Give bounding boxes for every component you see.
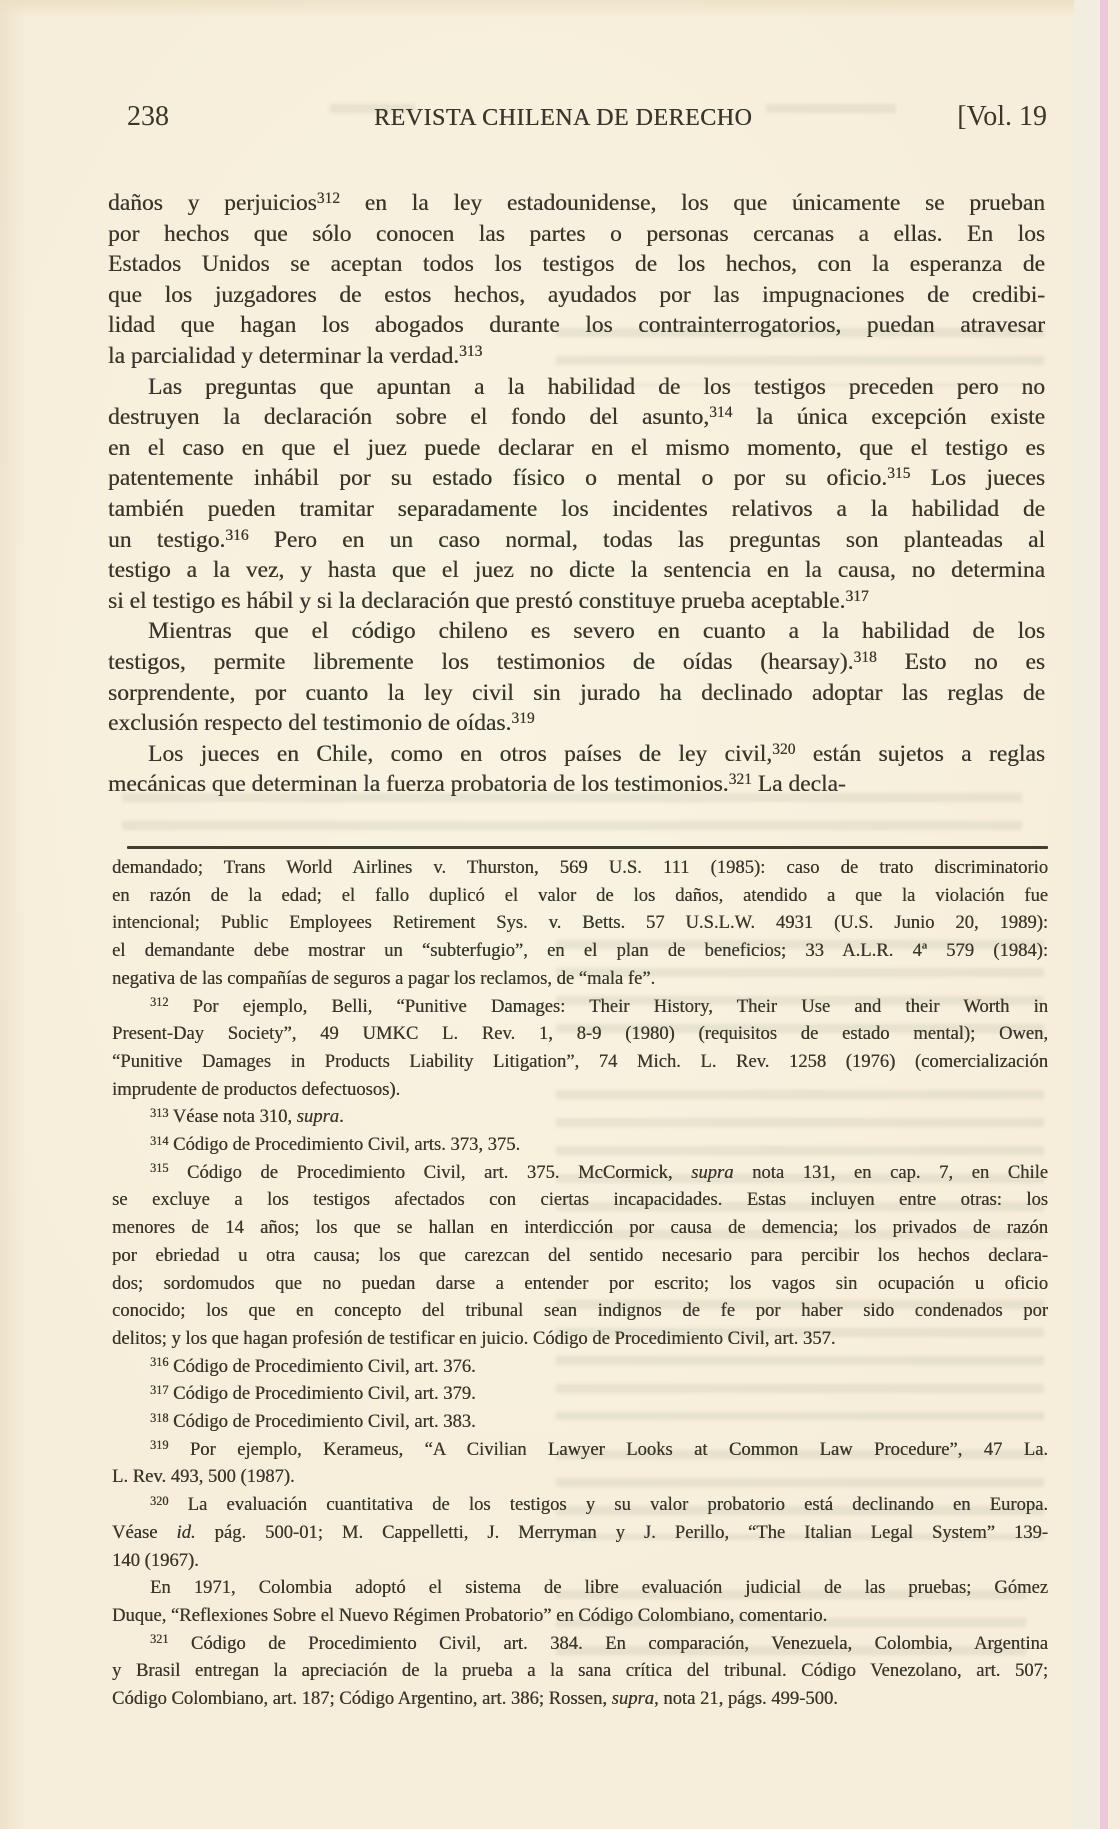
text-run: . <box>339 1106 344 1127</box>
text-run: negativa de las compañías de seguros a p… <box>112 968 655 989</box>
paragraph: 312 Por ejemplo, Belli, “Punitive Damage… <box>112 993 1048 1104</box>
page-edge-shadow <box>1074 0 1100 1829</box>
footnote-reference: 320 <box>772 741 795 758</box>
text-run: Los jueces en Chile, como en otros paíse… <box>148 741 772 767</box>
paragraph: Las preguntas que apuntan a la habilidad… <box>108 372 1045 617</box>
text-line: Véase id. pág. 500-01; M. Cappelletti, J… <box>112 1519 1048 1547</box>
text-line: 312 Por ejemplo, Belli, “Punitive Damage… <box>112 993 1048 1021</box>
text-line: Estados Unidos se aceptan todos los test… <box>108 249 1045 280</box>
paragraph: 319 Por ejemplo, Kerameus, “A Civilian L… <box>112 1436 1048 1491</box>
text-line: Código Colombiano, art. 187; Código Arge… <box>112 1685 1048 1713</box>
footnote-reference: 317 <box>150 1383 168 1397</box>
text-run: testigo a la vez, y hasta que el juez no… <box>108 557 1045 583</box>
paragraph: Los jueces en Chile, como en otros paíse… <box>108 739 1045 800</box>
text-run: supra <box>612 1688 654 1709</box>
text-line: mecánicas que determinan la fuerza proba… <box>108 769 1045 800</box>
paragraph: 321 Código de Procedimiento Civil, art. … <box>112 1630 1048 1713</box>
journal-title: REVISTA CHILENA DE DERECHO <box>169 105 957 132</box>
footnote-reference: 320 <box>150 1494 168 1508</box>
text-run: Mientras que el código chileno es severo… <box>148 618 1045 644</box>
text-line: el demandante debe mostrar un “subterfug… <box>112 937 1048 965</box>
text-run: Las preguntas que apuntan a la habilidad… <box>148 374 1045 400</box>
text-run: Véase nota 310, <box>168 1106 296 1127</box>
footnote-reference: 317 <box>845 588 868 605</box>
footnote-reference: 315 <box>887 465 910 482</box>
text-run: intencional; Public Employees Retirement… <box>112 912 1048 933</box>
text-line: conocido; los que en concepto del tribun… <box>112 1297 1048 1325</box>
text-line: imprudente de productos defectuosos). <box>112 1076 1048 1104</box>
paragraph: En 1971, Colombia adoptó el sistema de l… <box>112 1574 1048 1629</box>
text-line: por hechos que sólo conocen las partes o… <box>108 219 1045 250</box>
text-run: demandado; Trans World Airlines v. Thurs… <box>112 857 1048 878</box>
text-line: 318 Código de Procedimiento Civil, art. … <box>112 1408 1048 1436</box>
text-line: la parcialidad y determinar la verdad.31… <box>108 341 1045 372</box>
text-run: id. <box>176 1522 195 1543</box>
text-run: Por ejemplo, Kerameus, “A Civilian Lawye… <box>168 1439 1048 1460</box>
text-run: Por ejemplo, Belli, “Punitive Damages: T… <box>168 996 1048 1017</box>
text-line: en razón de la edad; el fallo duplicó el… <box>112 882 1048 910</box>
text-run: testigos, permite libremente los testimo… <box>108 649 853 675</box>
text-line: Mientras que el código chileno es severo… <box>108 616 1045 647</box>
text-run: Código de Procedimiento Civil, art. 375.… <box>168 1162 691 1183</box>
footnote-reference: 314 <box>709 404 732 421</box>
text-line: también pueden tramitar separadamente lo… <box>108 494 1045 525</box>
paragraph: 318 Código de Procedimiento Civil, art. … <box>112 1408 1048 1436</box>
text-run: “Punitive Damages in Products Liability … <box>112 1051 1048 1072</box>
text-run: Código de Procedimiento Civil, art. 379. <box>168 1383 475 1404</box>
footnote-separator-rule <box>127 846 1048 849</box>
paragraph: demandado; Trans World Airlines v. Thurs… <box>112 854 1048 993</box>
paragraph: 316 Código de Procedimiento Civil, art. … <box>112 1353 1048 1381</box>
footnote-reference: 312 <box>150 995 168 1009</box>
text-run: supra <box>297 1106 339 1127</box>
footnote-reference: 319 <box>511 710 534 727</box>
text-line: 314 Código de Procedimiento Civil, arts.… <box>112 1131 1048 1159</box>
paragraph: Mientras que el código chileno es severo… <box>108 616 1045 738</box>
text-run: patentemente inhábil por su estado físic… <box>108 465 887 491</box>
text-line: lidad que hagan los abogados durante los… <box>108 310 1045 341</box>
text-line: Las preguntas que apuntan a la habilidad… <box>108 372 1045 403</box>
text-line: un testigo.316 Pero en un caso normal, t… <box>108 525 1045 556</box>
page-number: 238 <box>127 101 169 133</box>
text-line: En 1971, Colombia adoptó el sistema de l… <box>112 1574 1048 1602</box>
text-run: pág. 500-01; M. Cappelletti, J. Merryman… <box>196 1522 1048 1543</box>
text-line: dos; sordomudos que no puedan darse a en… <box>112 1270 1048 1298</box>
text-line: L. Rev. 493, 500 (1987). <box>112 1463 1048 1491</box>
paragraph: 313 Véase nota 310, supra. <box>112 1103 1048 1131</box>
text-run: en la ley estadounidense, los que únicam… <box>340 190 1045 216</box>
text-run: Código de Procedimiento Civil, art. 383. <box>168 1411 475 1432</box>
text-line: destruyen la declaración sobre el fondo … <box>108 402 1045 433</box>
text-run: Véase <box>112 1522 176 1543</box>
text-line: demandado; Trans World Airlines v. Thurs… <box>112 854 1048 882</box>
footnote-reference: 314 <box>150 1134 168 1148</box>
text-line: daños y perjuicios312 en la ley estadoun… <box>108 188 1045 219</box>
footnote-reference: 321 <box>150 1632 168 1646</box>
running-header: 238 REVISTA CHILENA DE DERECHO [Vol. 19 <box>127 101 1047 133</box>
text-run: el demandante debe mostrar un “subterfug… <box>112 940 1048 961</box>
text-run: por ebriedad u otra causa; los que carez… <box>112 1245 1048 1266</box>
text-run: sorprendente, por cuanto la ley civil si… <box>108 680 1045 706</box>
footnote-reference: 316 <box>225 527 248 544</box>
text-line: 140 (1967). <box>112 1547 1048 1575</box>
text-run: daños y perjuicios <box>108 190 317 216</box>
footnote-reference: 313 <box>150 1106 168 1120</box>
text-line: 313 Véase nota 310, supra. <box>112 1103 1048 1131</box>
footnote-reference: 319 <box>150 1438 168 1452</box>
text-line: 316 Código de Procedimiento Civil, art. … <box>112 1353 1048 1381</box>
text-line: intencional; Public Employees Retirement… <box>112 909 1048 937</box>
text-run: , nota 21, págs. 499-500. <box>654 1688 838 1709</box>
text-run: mecánicas que determinan la fuerza proba… <box>108 771 729 797</box>
text-run: en razón de la edad; el fallo duplicó el… <box>112 885 1048 906</box>
text-run: Código de Procedimiento Civil, art. 384.… <box>168 1633 1048 1654</box>
footnote-reference: 313 <box>459 343 482 360</box>
page-edge-line <box>1100 0 1108 1829</box>
text-run: nota 131, en cap. 7, en Chile <box>733 1162 1048 1183</box>
text-run: están sujetos a reglas <box>795 741 1045 767</box>
text-run: menores de 14 años; los que se hallan en… <box>112 1217 1048 1238</box>
text-run: Los jueces <box>910 465 1045 491</box>
paragraph: 320 La evaluación cuantitativa de los te… <box>112 1491 1048 1574</box>
footnotes-block: demandado; Trans World Airlines v. Thurs… <box>112 854 1048 1713</box>
text-run: Present-Day Society”, 49 UMKC L. Rev. 1,… <box>112 1023 1048 1044</box>
text-run: por hechos que sólo conocen las partes o… <box>108 221 1045 247</box>
text-line: exclusión respecto del testimonio de oíd… <box>108 708 1045 739</box>
text-run: Pero en un caso normal, todas las pregun… <box>249 527 1045 553</box>
text-line: testigo a la vez, y hasta que el juez no… <box>108 555 1045 586</box>
text-line: 320 La evaluación cuantitativa de los te… <box>112 1491 1048 1519</box>
text-run: Código Colombiano, art. 187; Código Arge… <box>112 1688 612 1709</box>
text-run: un testigo. <box>108 527 225 553</box>
text-run: Esto no es <box>877 649 1045 675</box>
footnote-reference: 315 <box>150 1161 168 1175</box>
text-line: Present-Day Society”, 49 UMKC L. Rev. 1,… <box>112 1020 1048 1048</box>
footnote-reference: 321 <box>729 771 752 788</box>
text-line: negativa de las compañías de seguros a p… <box>112 965 1048 993</box>
text-line: que los juzgadores de estos hechos, ayud… <box>108 280 1045 311</box>
text-run: Duque, “Reflexiones Sobre el Nuevo Régim… <box>112 1605 827 1626</box>
text-line: testigos, permite libremente los testimo… <box>108 647 1045 678</box>
footnote-reference: 318 <box>853 649 876 666</box>
text-run: la única excepción existe <box>732 404 1045 430</box>
paragraph: 314 Código de Procedimiento Civil, arts.… <box>112 1131 1048 1159</box>
text-run: también pueden tramitar separadamente lo… <box>108 496 1045 522</box>
text-run: que los juzgadores de estos hechos, ayud… <box>108 282 1045 308</box>
text-line: delitos; y los que hagan profesión de te… <box>112 1325 1048 1353</box>
text-run: Código de Procedimiento Civil, art. 376. <box>168 1356 475 1377</box>
text-run: destruyen la declaración sobre el fondo … <box>108 404 709 430</box>
text-run: y Brasil entregan la apreciación de la p… <box>112 1660 1048 1681</box>
text-run: exclusión respecto del testimonio de oíd… <box>108 710 511 736</box>
text-line: sorprendente, por cuanto la ley civil si… <box>108 678 1045 709</box>
text-run: la parcialidad y determinar la verdad. <box>108 343 459 369</box>
text-line: si el testigo es hábil y si la declaraci… <box>108 586 1045 617</box>
paragraph: 317 Código de Procedimiento Civil, art. … <box>112 1380 1048 1408</box>
text-run: conocido; los que en concepto del tribun… <box>112 1300 1048 1321</box>
journal-page: 238 REVISTA CHILENA DE DERECHO [Vol. 19 … <box>0 0 1120 1829</box>
text-run: 140 (1967). <box>112 1550 199 1571</box>
page-edge-margin <box>1108 0 1120 1829</box>
text-run: lidad que hagan los abogados durante los… <box>108 312 1045 338</box>
text-run: imprudente de productos defectuosos). <box>112 1079 400 1100</box>
text-run: dos; sordomudos que no puedan darse a en… <box>112 1273 1048 1294</box>
text-line: se excluye a los testigos afectados con … <box>112 1186 1048 1214</box>
text-line: “Punitive Damages in Products Liability … <box>112 1048 1048 1076</box>
footnote-reference: 318 <box>150 1411 168 1425</box>
text-run: delitos; y los que hagan profesión de te… <box>112 1328 835 1349</box>
text-line: patentemente inhábil por su estado físic… <box>108 463 1045 494</box>
text-line: 319 Por ejemplo, Kerameus, “A Civilian L… <box>112 1436 1048 1464</box>
footnote-reference: 316 <box>150 1355 168 1369</box>
text-line: y Brasil entregan la apreciación de la p… <box>112 1657 1048 1685</box>
text-run: L. Rev. 493, 500 (1987). <box>112 1466 295 1487</box>
text-run: si el testigo es hábil y si la declaraci… <box>108 588 845 614</box>
text-line: en el caso en que el juez puede declarar… <box>108 433 1045 464</box>
text-line: Los jueces en Chile, como en otros paíse… <box>108 739 1045 770</box>
text-line: por ebriedad u otra causa; los que carez… <box>112 1242 1048 1270</box>
text-run: Código de Procedimiento Civil, arts. 373… <box>168 1134 520 1155</box>
text-line: 315 Código de Procedimiento Civil, art. … <box>112 1159 1048 1187</box>
text-run: La evaluación cuantitativa de los testig… <box>168 1494 1048 1515</box>
paragraph: 315 Código de Procedimiento Civil, art. … <box>112 1159 1048 1353</box>
text-line: Duque, “Reflexiones Sobre el Nuevo Régim… <box>112 1602 1048 1630</box>
text-run: supra <box>691 1162 733 1183</box>
text-run: en el caso en que el juez puede declarar… <box>108 435 1045 461</box>
text-line: menores de 14 años; los que se hallan en… <box>112 1214 1048 1242</box>
paragraph: daños y perjuicios312 en la ley estadoun… <box>108 188 1045 372</box>
body-text-block: daños y perjuicios312 en la ley estadoun… <box>108 188 1045 800</box>
text-run: La decla- <box>752 771 846 797</box>
text-run: se excluye a los testigos afectados con … <box>112 1189 1048 1210</box>
text-run: En 1971, Colombia adoptó el sistema de l… <box>150 1577 1048 1598</box>
footnote-reference: 312 <box>317 190 340 207</box>
text-line: 321 Código de Procedimiento Civil, art. … <box>112 1630 1048 1658</box>
volume-label: [Vol. 19 <box>957 101 1047 133</box>
text-run: Estados Unidos se aceptan todos los test… <box>108 251 1045 277</box>
text-line: 317 Código de Procedimiento Civil, art. … <box>112 1380 1048 1408</box>
